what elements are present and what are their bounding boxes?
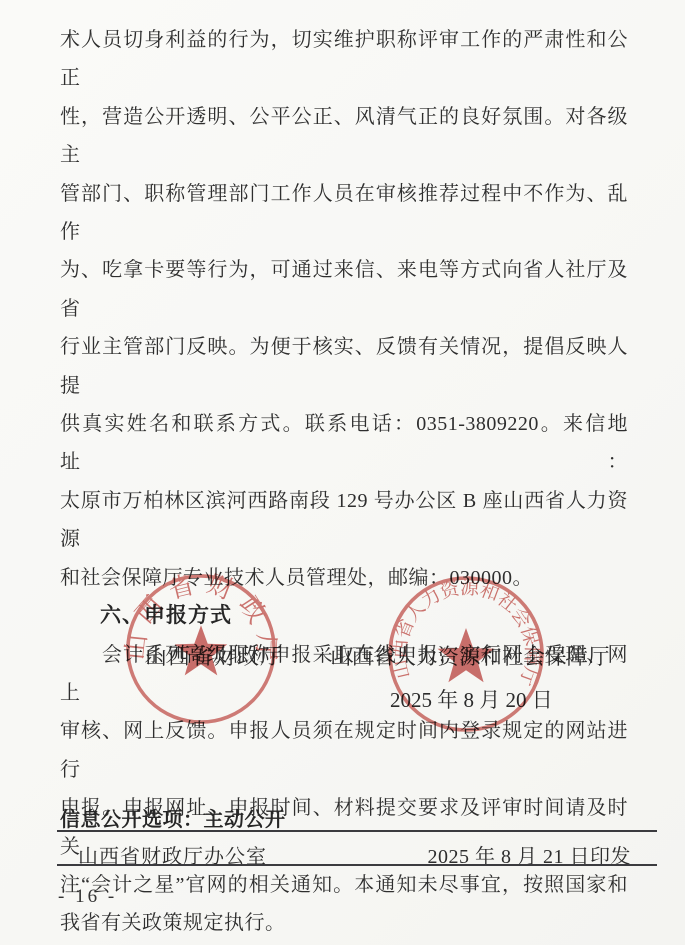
footer-rule-top xyxy=(57,830,657,832)
signature-finance-department: 山西省财政厅 xyxy=(145,640,283,671)
body-line: 性，营造公开透明、公平公正、风清气正的良好氛围。对各级主 xyxy=(60,98,628,175)
body-line: 为、吃拿卡要等行为，可通过来信、来电等方式向省人社厅及省 xyxy=(60,251,628,328)
body-line: 供真实姓名和联系方式。联系电话：0351-3809220。来信地址： xyxy=(60,405,628,482)
body-line: 术人员切身利益的行为，切实维护职称评审工作的严肃性和公正 xyxy=(60,21,628,98)
body-line: 我省有关政策规定执行。 xyxy=(60,904,628,942)
body-line: 审核、网上反馈。申报人员须在规定时间内登录规定的网站进行 xyxy=(60,712,628,789)
body-line: 行业主管部门反映。为便于核实、反馈有关情况，提倡反映人提 xyxy=(60,328,628,405)
signature-date: 2025 年 8 月 20 日 xyxy=(390,684,553,714)
signature-hr-social-security-department: 山西省人力资源和社会保障厅 xyxy=(330,640,610,671)
body-line: 太原市万柏林区滨河西路南段 129 号办公区 B 座山西省人力资源 xyxy=(60,482,628,559)
body-line: 注“会计之星”官网的相关通知。本通知未尽事宜，按照国家和 xyxy=(60,866,628,904)
body-line: 和社会保障厅专业技术人员管理处，邮编：030000。 xyxy=(60,559,628,597)
body-line: 管部门、职称管理部门工作人员在审核推荐过程中不作为、乱作 xyxy=(60,175,628,252)
document-page: 术人员切身利益的行为，切实维护职称评审工作的严肃性和公正 性，营造公开透明、公平… xyxy=(0,0,685,945)
disclosure-option-label: 信息公开选项：主动公开 xyxy=(60,803,286,832)
section-heading: 六、申报方式 xyxy=(60,597,628,635)
page-number: - 16 - xyxy=(58,886,117,908)
footer-rule-bottom xyxy=(57,864,657,866)
